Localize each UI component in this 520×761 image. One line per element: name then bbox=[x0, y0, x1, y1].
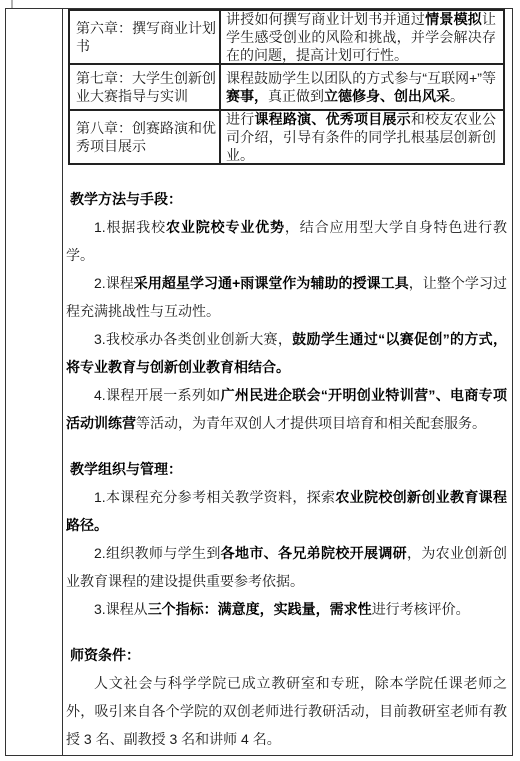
chapter-title: 第六章：撰写商业计划书 bbox=[76, 19, 217, 55]
section-heading-teaching-methods: 教学方法与手段： bbox=[66, 185, 507, 213]
section-heading-faculty-conditions: 师资条件： bbox=[66, 641, 507, 669]
paragraph: 1.本课程充分参考相关教学资料，探索农业院校创新创业教育课程路径。 bbox=[66, 483, 507, 539]
paragraph: 3.我校承办各类创业创新大赛，鼓励学生通过“以赛促创”的方式，将专业教育与创新创… bbox=[66, 325, 507, 381]
chapter-description: 讲授如何撰写商业计划书并通过情景模拟让学生感受创业的风险和挑战，并学会解决存在的… bbox=[226, 10, 496, 64]
chapter-row-6: 第六章：撰写商业计划书 讲授如何撰写商业计划书并通过情景模拟让学生感受创业的风险… bbox=[70, 11, 503, 63]
outer-table-content-cell: 第六章：撰写商业计划书 讲授如何撰写商业计划书并通过情景模拟让学生感受创业的风险… bbox=[63, 9, 512, 755]
document-page: 第六章：撰写商业计划书 讲授如何撰写商业计划书并通过情景模拟让学生感受创业的风险… bbox=[0, 0, 520, 761]
chapter-title: 第八章：创赛路演和优秀项目展示 bbox=[76, 119, 217, 155]
chapter-title-cell: 第六章：撰写商业计划书 bbox=[70, 11, 221, 63]
body-sections: 教学方法与手段： 1.根据我校农业院校专业优势，结合应用型大学自身特色进行教学。… bbox=[63, 165, 512, 753]
paragraph: 3.课程从三个指标：满意度，实践量，需求性进行考核评价。 bbox=[66, 595, 507, 623]
paragraph: 4.课程开展一系列如广州民进企联会“开明创业特训营”、电商专项活动训练营等活动，… bbox=[66, 381, 507, 437]
section-heading-teaching-organization: 教学组织与管理： bbox=[66, 455, 507, 483]
chapter-description-cell: 课程鼓励学生以团队的方式参与“互联网+”等赛事，真正做到立德修身、创出风采。 bbox=[221, 65, 503, 109]
chapter-description: 进行课程路演、优秀项目展示和校友农业公司介绍，引导有条件的同学扎根基层创新创业。 bbox=[226, 110, 496, 164]
chapter-description: 课程鼓励学生以团队的方式参与“互联网+”等赛事，真正做到立德修身、创出风采。 bbox=[226, 69, 496, 105]
chapter-row-7: 第七章：大学生创新创业大赛指导与实训 课程鼓励学生以团队的方式参与“互联网+”等… bbox=[70, 63, 503, 109]
paragraph: 人文社会与科学学院已成立教研室和专班，除本学院任课老师之外，吸引来自各个学院的双… bbox=[66, 669, 507, 753]
chapter-table: 第六章：撰写商业计划书 讲授如何撰写商业计划书并通过情景模拟让学生感受创业的风险… bbox=[68, 9, 505, 165]
outer-table: 第六章：撰写商业计划书 讲授如何撰写商业计划书并通过情景模拟让学生感受创业的风险… bbox=[5, 8, 513, 756]
paragraph: 1.根据我校农业院校专业优势，结合应用型大学自身特色进行教学。 bbox=[66, 213, 507, 269]
outer-table-left-cell bbox=[6, 9, 63, 755]
chapter-title-cell: 第七章：大学生创新创业大赛指导与实训 bbox=[70, 65, 221, 109]
chapter-row-8: 第八章：创赛路演和优秀项目展示 进行课程路演、优秀项目展示和校友农业公司介绍，引… bbox=[70, 109, 503, 163]
paragraph: 2.课程采用超星学习通+雨课堂作为辅助的授课工具，让整个学习过程充满挑战性与互动… bbox=[66, 269, 507, 325]
chapter-description-cell: 讲授如何撰写商业计划书并通过情景模拟让学生感受创业的风险和挑战，并学会解决存在的… bbox=[221, 11, 503, 63]
chapter-title: 第七章：大学生创新创业大赛指导与实训 bbox=[76, 69, 217, 105]
paragraph: 2.组织教师与学生到各地市、各兄弟院校开展调研，为农业创新创业教育课程的建设提供… bbox=[66, 539, 507, 595]
chapter-description-cell: 进行课程路演、优秀项目展示和校友农业公司介绍，引导有条件的同学扎根基层创新创业。 bbox=[221, 111, 503, 163]
chapter-title-cell: 第八章：创赛路演和优秀项目展示 bbox=[70, 111, 221, 163]
